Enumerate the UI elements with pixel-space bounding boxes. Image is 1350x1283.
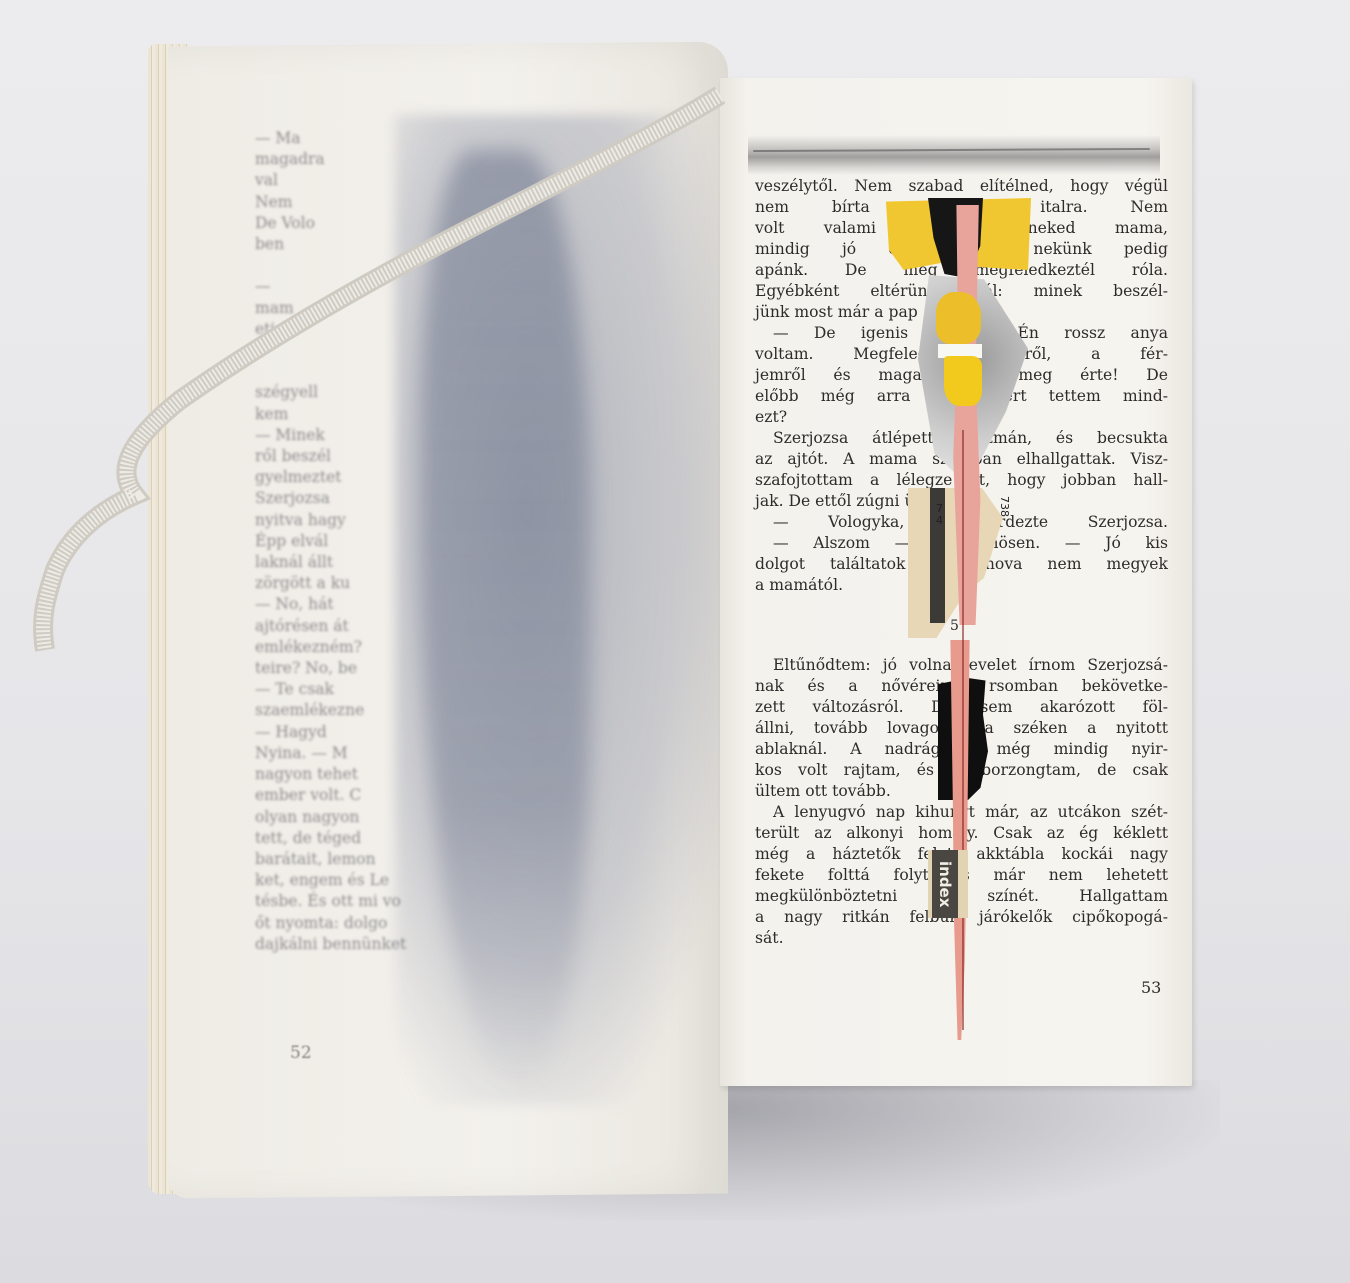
open-book: — Ma magadra val Nem De Volo ben — mam e…	[0, 0, 1350, 1283]
ribbon-bookmark[interactable]	[0, 0, 1350, 1283]
